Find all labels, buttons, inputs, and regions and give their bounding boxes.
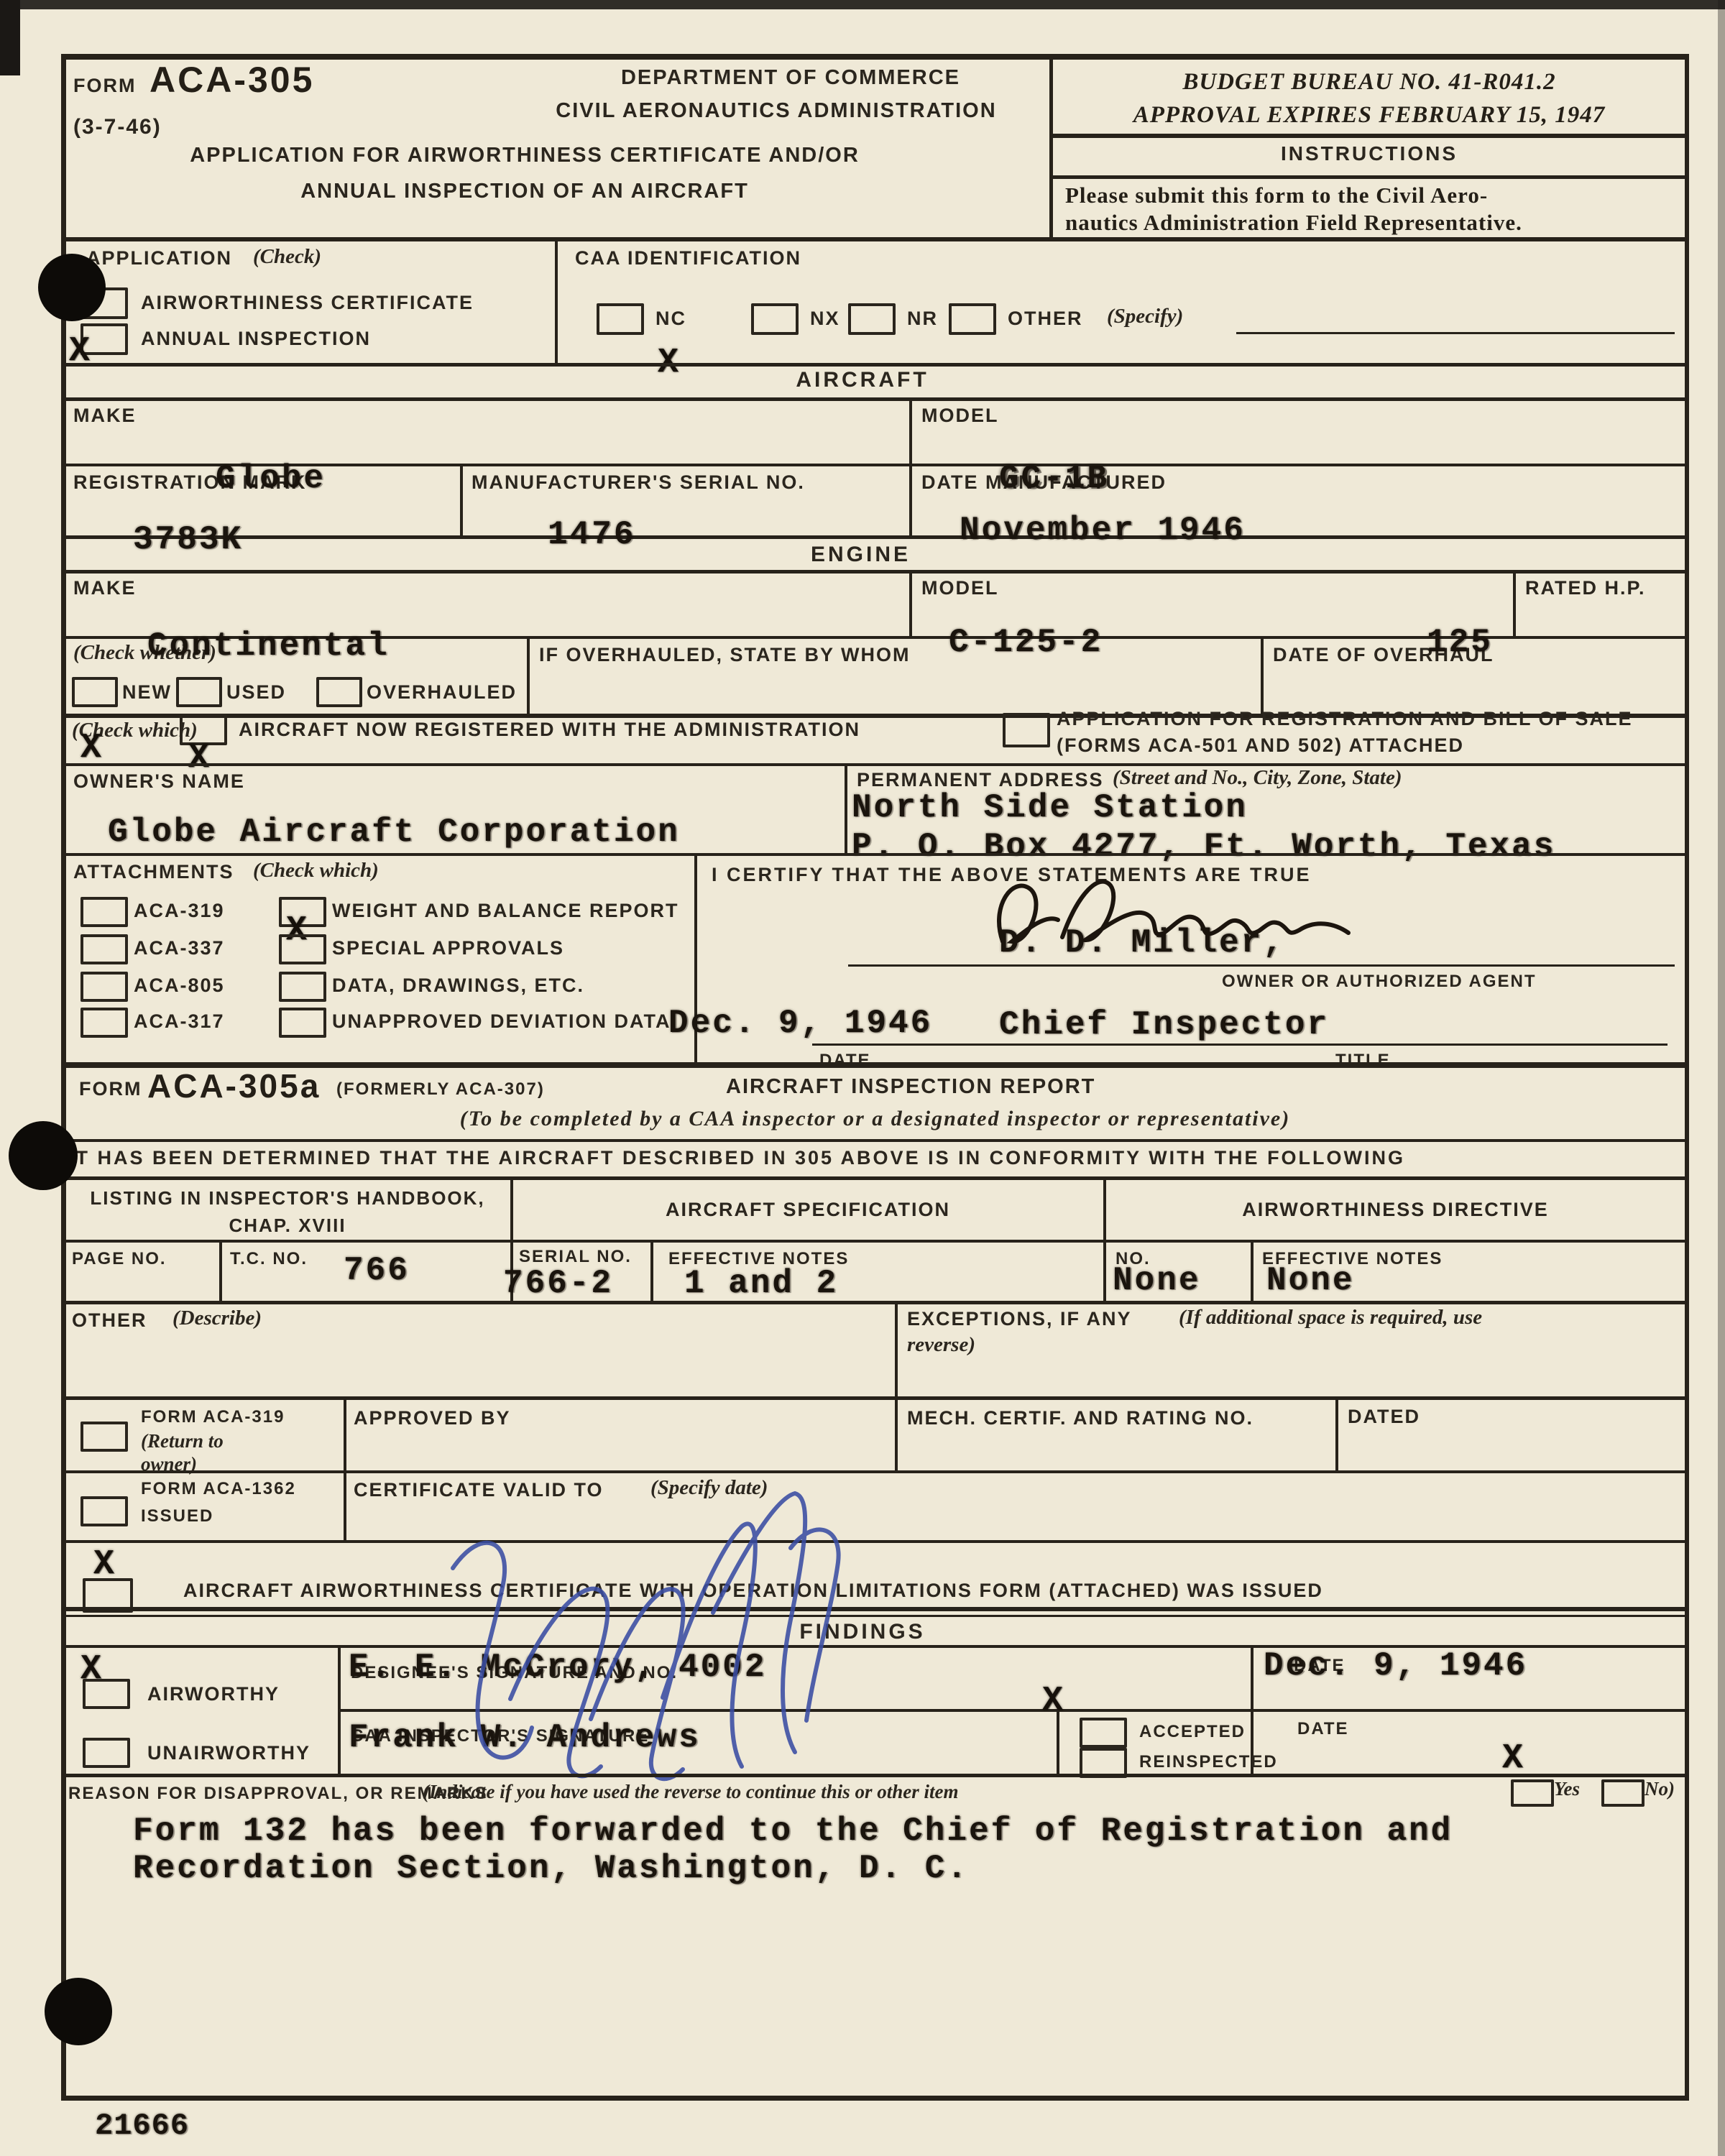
- owner-name-value: Globe Aircraft Corporation: [108, 814, 680, 851]
- nr-label: NR: [907, 308, 938, 330]
- application-label: APPLICATION: [86, 247, 232, 269]
- engine-section-title: ENGINE: [811, 543, 911, 567]
- hole-punch-top: [38, 254, 106, 321]
- aircraft-make-value: Globe: [216, 460, 326, 497]
- remarks-yes-label: Yes: [1554, 1778, 1580, 1800]
- serial-no-label: MANUFACTURER'S SERIAL NO.: [471, 471, 805, 494]
- form-title-line1: APPLICATION FOR AIRWORTHINESS CERTIFICAT…: [86, 144, 963, 167]
- grid-line: [61, 1240, 1689, 1243]
- registration-application-line2: (FORMS ACA-501 AND 502) ATTACHED: [1057, 734, 1464, 757]
- data-drawings-label: DATA, DRAWINGS, ETC.: [332, 975, 584, 997]
- other-label: OTHER: [1008, 308, 1083, 330]
- form-label: FORM: [73, 75, 136, 97]
- determined-statement: IT HAS BEEN DETERMINED THAT THE AIRCRAFT…: [68, 1147, 1405, 1169]
- dept-line2: CIVIL AERONAUTICS ADMINISTRATION: [503, 99, 1049, 123]
- engine-model-value: C-125-2: [949, 624, 1103, 661]
- aircraft-model-label: MODEL: [921, 405, 999, 427]
- other-checkbox[interactable]: [949, 303, 996, 335]
- grid-line: [219, 1240, 222, 1304]
- dated-label: DATED: [1348, 1406, 1420, 1428]
- grid-line: [845, 763, 847, 854]
- inspector-signature: [402, 1482, 891, 1791]
- hole-punch-bottom: [45, 1978, 112, 2045]
- grid-line: [895, 1396, 898, 1470]
- aircraft-section-title: AIRCRAFT: [647, 368, 1078, 392]
- table-serial-label: SERIAL NO.: [519, 1247, 632, 1267]
- grid-line: [61, 1774, 1689, 1777]
- approved-by-label: APPROVED BY: [354, 1407, 511, 1429]
- grid-line: [61, 397, 1689, 401]
- budget-line2: APPROVAL EXPIRES FEBRUARY 15, 1947: [1064, 102, 1675, 129]
- grid-line: [344, 1396, 346, 1470]
- findings-date2-label: DATE: [1297, 1719, 1349, 1739]
- registration-mark-value: 3783K: [133, 521, 243, 558]
- form-border-right: [1685, 54, 1689, 2101]
- grid-line: [527, 636, 530, 714]
- form-title-line2: ANNUAL INSPECTION OF AN AIRCRAFT: [86, 180, 963, 203]
- unairworthy-checkbox[interactable]: [83, 1738, 130, 1768]
- form-border-left: [61, 54, 66, 2101]
- unapproved-deviation-label: UNAPPROVED DEVIATION DATA: [332, 1010, 671, 1033]
- form-aca-1362-label: FORM ACA-1362: [141, 1479, 296, 1499]
- caa-identification-label: CAA IDENTIFICATION: [575, 247, 801, 269]
- budget-line1: BUDGET BUREAU NO. 41-R041.2: [1064, 69, 1675, 96]
- grid-line: [61, 237, 1689, 241]
- grid-line: [1251, 1240, 1253, 1304]
- other-label-italic: (Specify): [1107, 305, 1183, 328]
- form-305a-number: ACA-305a: [147, 1067, 321, 1105]
- grid-line: [61, 535, 1689, 539]
- aca-319-label: ACA-319: [134, 900, 225, 922]
- other-specify-blank[interactable]: [1236, 332, 1675, 334]
- mech-certif-label: MECH. CERTIF. AND RATING NO.: [907, 1407, 1253, 1429]
- aca-337-label: ACA-337: [134, 937, 225, 959]
- aca-319-checkbox[interactable]: [80, 897, 128, 927]
- date-title-blank[interactable]: [812, 1044, 1667, 1046]
- instructions-line2: nautics Administration Field Representat…: [1065, 210, 1522, 236]
- form-305a-formerly: (FORMERLY ACA-307): [336, 1079, 545, 1100]
- certification-date-value: Dec. 9, 1946: [668, 1005, 932, 1042]
- unapproved-deviation-checkbox[interactable]: [279, 1008, 326, 1038]
- rated-hp-label: RATED H.P.: [1525, 577, 1646, 599]
- header-divider: [1049, 54, 1053, 239]
- engine-used-checkbox[interactable]: [176, 677, 222, 707]
- aca-317-checkbox[interactable]: [80, 1008, 128, 1038]
- aca-805-label: ACA-805: [134, 975, 225, 997]
- nx-checkbox[interactable]: [751, 303, 799, 335]
- remarks-no-label: No): [1644, 1778, 1675, 1800]
- grid-line: [61, 853, 1689, 856]
- data-drawings-checkbox[interactable]: [279, 972, 326, 1002]
- special-approvals-label: SPECIAL APPROVALS: [332, 937, 564, 959]
- permanent-address-label-italic: (Street and No., City, Zone, State): [1113, 766, 1402, 790]
- listing-header-line2: CHAP. XVIII: [65, 1215, 510, 1237]
- other-describe-italic: (Describe): [172, 1307, 262, 1330]
- aircraft-spec-header: AIRCRAFT SPECIFICATION: [513, 1199, 1103, 1221]
- remarks-line2: Recordation Section, Washington, D. C.: [133, 1850, 969, 1887]
- directive-notes-value: None: [1266, 1262, 1354, 1299]
- aca-317-label: ACA-317: [134, 1010, 225, 1033]
- findings-date-value: Dec. 9, 1946: [1264, 1647, 1527, 1685]
- nx-label: NX: [810, 308, 840, 330]
- remarks-line1: Form 132 has been forwarded to the Chief…: [133, 1812, 1453, 1850]
- check-which-x-mark: X: [80, 729, 101, 768]
- nc-label: NC: [655, 308, 686, 330]
- form-aca-1362-checkbox[interactable]: [80, 1496, 128, 1526]
- attachments-label: ATTACHMENTS: [73, 861, 234, 883]
- aircraft-model-value: GC-1B: [999, 460, 1109, 497]
- annual-inspection-label: ANNUAL INSPECTION: [141, 328, 371, 350]
- grid-line: [61, 363, 1689, 367]
- reinspected-label: REINSPECTED: [1139, 1752, 1278, 1772]
- permanent-address-label: PERMANENT ADDRESS: [857, 769, 1104, 791]
- engine-new-checkbox[interactable]: [72, 677, 118, 707]
- date2-x-mark: X: [1502, 1739, 1523, 1778]
- scan-edge-right: [1718, 0, 1725, 2156]
- form-aca-319-checkbox[interactable]: [80, 1422, 128, 1452]
- form-border-bottom: [61, 2096, 1689, 2101]
- special-approvals-checkbox[interactable]: [279, 934, 326, 964]
- exceptions-label: EXCEPTIONS, IF ANY: [907, 1308, 1132, 1330]
- registered-label: AIRCRAFT NOW REGISTERED WITH THE ADMINIS…: [239, 719, 860, 741]
- form-aca-319-label: FORM ACA-319: [141, 1407, 285, 1427]
- form-number: ACA-305: [149, 59, 314, 101]
- tc-no-label: T.C. NO.: [230, 1249, 308, 1269]
- instructions-title: INSTRUCTIONS: [1064, 142, 1675, 165]
- weight-balance-label: WEIGHT AND BALANCE REPORT: [332, 900, 679, 922]
- date-manufactured-value: November 1946: [960, 512, 1246, 549]
- form-305a-label: FORM: [79, 1078, 142, 1100]
- grid-line: [61, 763, 1689, 766]
- engine-new-label: NEW: [122, 681, 172, 704]
- accepted-checkbox[interactable]: [1080, 1718, 1127, 1748]
- listing-header-line1: LISTING IN INSPECTOR'S HANDBOOK,: [65, 1187, 510, 1210]
- grid-line: [555, 237, 558, 363]
- owner-signature-name: D. D. Miller,: [999, 924, 1285, 962]
- return-to-italic: (Return to: [141, 1430, 224, 1452]
- grid-line: [1049, 175, 1685, 179]
- grid-line: [460, 464, 463, 535]
- remarks-label-italic: (Indicate if you have used the reverse t…: [423, 1781, 958, 1803]
- signature-blank[interactable]: [848, 964, 1675, 967]
- other-describe-label: OTHER: [72, 1309, 147, 1332]
- scanned-form-aca-305: FORM ACA-305 (3-7-46) DEPARTMENT OF COMM…: [0, 0, 1725, 2156]
- issued-label: ISSUED: [141, 1506, 213, 1526]
- exceptions-italic2: reverse): [907, 1333, 975, 1357]
- directive-no-value: None: [1113, 1262, 1200, 1299]
- owner-name-label: OWNER'S NAME: [73, 770, 245, 793]
- application-label-italic: (Check): [253, 245, 321, 269]
- tc-no-value: 766: [344, 1252, 410, 1289]
- address-line1-value: North Side Station: [852, 789, 1248, 826]
- grid-line: [61, 570, 1689, 573]
- page-no-label: PAGE NO.: [72, 1249, 167, 1269]
- grid-line: [61, 1470, 1689, 1473]
- grid-line: [1335, 1396, 1338, 1470]
- registration-application-checkbox[interactable]: [1003, 713, 1050, 747]
- form-date: (3-7-46): [73, 115, 162, 139]
- engine-make-label: MAKE: [73, 577, 137, 599]
- table-serial-value: 766-2: [503, 1265, 613, 1302]
- engine-overhauled-checkbox[interactable]: [316, 677, 362, 707]
- aca-337-checkbox[interactable]: [80, 934, 128, 964]
- inspection-report-title: AIRCRAFT INSPECTION REPORT: [726, 1075, 1095, 1099]
- exceptions-italic1: (If additional space is required, use: [1179, 1306, 1482, 1330]
- scan-edge-corner: [0, 0, 20, 75]
- aca-805-checkbox[interactable]: [80, 972, 128, 1002]
- grid-line: [1049, 134, 1685, 138]
- rated-hp-value: 125: [1427, 624, 1493, 661]
- hole-punch-middle: [9, 1121, 78, 1190]
- grid-line: [61, 1396, 1689, 1400]
- agent-label: OWNER OR AUTHORIZED AGENT: [1222, 972, 1537, 992]
- engine-make-value: Continental: [147, 627, 390, 665]
- inspection-subtitle: (To be completed by a CAA inspector or a…: [61, 1107, 1689, 1131]
- unairworthy-label: UNAIRWORTHY: [147, 1742, 310, 1764]
- attachments-label-italic: (Check which): [253, 859, 379, 883]
- accepted-x-mark: X: [1042, 1682, 1063, 1720]
- nc-checkbox[interactable]: [597, 303, 644, 335]
- sheet-number: 21666: [95, 2109, 189, 2143]
- accepted-label: ACCEPTED: [1139, 1722, 1246, 1742]
- airworthiness-directive-header: AIRWORTHINESS DIRECTIVE: [1106, 1199, 1685, 1221]
- effective-notes-value: 1 and 2: [684, 1265, 838, 1302]
- instructions-line1: Please submit this form to the Civil Aer…: [1065, 183, 1488, 208]
- airworthiness-certificate-label: AIRWORTHINESS CERTIFICATE: [141, 292, 474, 314]
- dept-line1: DEPARTMENT OF COMMERCE: [532, 66, 1049, 90]
- grid-line: [1261, 636, 1264, 714]
- scan-edge-top: [0, 0, 1725, 9]
- certification-title-value: Chief Inspector: [999, 1006, 1329, 1044]
- nr-checkbox[interactable]: [848, 303, 896, 335]
- aircraft-make-label: MAKE: [73, 405, 137, 427]
- engine-overhauled-label: OVERHAULED: [367, 681, 517, 704]
- remarks-no-checkbox[interactable]: [1601, 1779, 1644, 1807]
- airworthy-checkbox[interactable]: [83, 1679, 130, 1709]
- engine-used-label: USED: [226, 681, 286, 704]
- grid-line: [895, 1301, 898, 1396]
- grid-line: [61, 1139, 1689, 1142]
- airworthy-label: AIRWORTHY: [147, 1683, 280, 1705]
- grid-line: [909, 397, 912, 535]
- registration-application-line1: APPLICATION FOR REGISTRATION AND BILL OF…: [1057, 708, 1633, 730]
- remarks-yes-checkbox[interactable]: [1511, 1779, 1554, 1807]
- grid-line: [1513, 570, 1516, 636]
- overhauled-by-label: IF OVERHAULED, STATE BY WHOM: [539, 644, 911, 666]
- engine-model-label: MODEL: [921, 577, 999, 599]
- serial-no-value: 1476: [548, 516, 635, 553]
- grid-line: [61, 1301, 1689, 1304]
- grid-line: [650, 1240, 653, 1304]
- grid-line: [909, 570, 912, 636]
- grid-line: [61, 1176, 1689, 1180]
- grid-line: [344, 1470, 346, 1540]
